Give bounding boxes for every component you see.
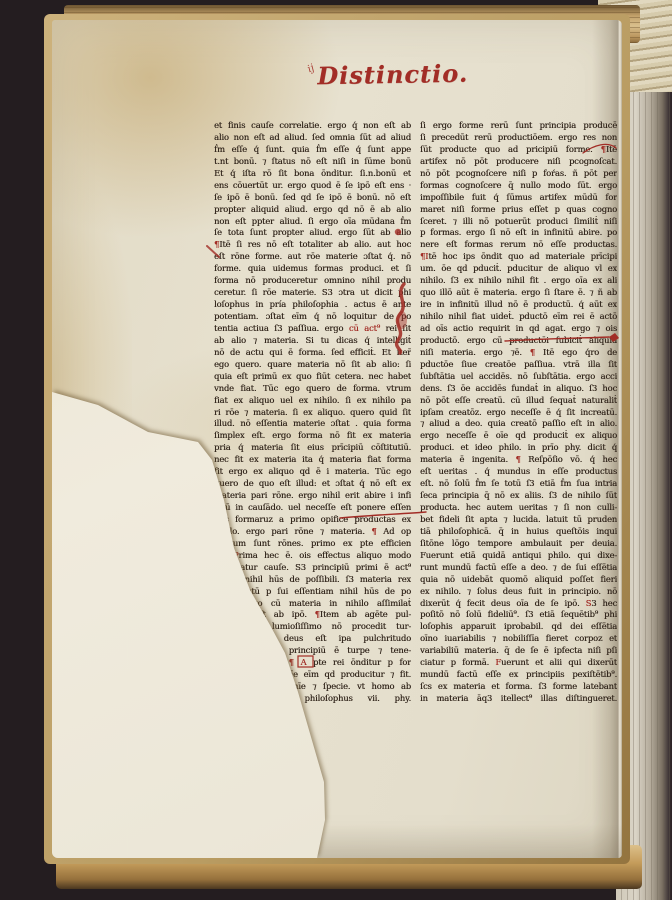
text-line: bet fideli ſit apta ⁊ lucida. latuit tū … <box>420 514 617 526</box>
text-segment: ri rōe ⁊ materia. ſi ex aliquo. quero qu… <box>214 407 411 417</box>
text-segment: alio non eſt ad aliud. ſed omnia ſūt ad … <box>214 132 411 142</box>
text-segment: eſt rōne forme. aut rōe materie ɔſtat q́… <box>214 251 411 261</box>
text-line: nere eſt formas rerum nō eſſe productas. <box>420 239 617 251</box>
text-segment: f́m eſſe q́ ſunt. quia f́m eſſe q́ ſunt … <box>214 144 411 154</box>
text-line: quo illō aūt ē materia. ergo ſi ſtare ē.… <box>420 287 617 299</box>
text-line: runt mundū factū eſſe a deo. ⁊ de ſui eſ… <box>420 562 617 574</box>
text-line: in materia āq3 itellect⁹ illas diſtingue… <box>420 693 617 705</box>
text-line: et finis cauſe correlatie. ergo q́ non e… <box>214 120 411 132</box>
text-line: quia eſt primū ex quo fiūt cetera. nec h… <box>214 371 411 383</box>
text-line: ſe ipō ē bonū. ſed qd ſe ipō ē bonū. nō … <box>214 192 411 204</box>
text-line: aſſimilatur cauſe. S3 principiū primi ē … <box>214 562 411 574</box>
text-segment: ma et pricipio. oīe eīm qd producitur ⁊ … <box>214 669 411 679</box>
text-segment: ſubſtātia uel accidēs. nō ſubſtātia. erg… <box>420 371 617 381</box>
text-segment: tētia. ergo cū materia in nihilo aſſimil… <box>214 598 411 608</box>
text-line: poſitō nō ſolū fideliū⁹. ſ3 etiā ſequēti… <box>420 609 617 621</box>
text-line: nitū in cauſādo. uel neceſſe eſt ponere … <box>214 502 411 514</box>
text-line: ab alio ⁊ materia. Si tu dicas q́ intell… <box>214 335 411 347</box>
text-line: tias formaruz a primo opifice productas … <box>214 514 411 526</box>
text-segment: t.nt bonū. ⁊ ſtatus nō eſt niſi in ſūme … <box>214 156 411 166</box>
text-segment: ſūt producte quo ad pricipiū forme. <box>420 144 601 154</box>
text-line: ſubſtātia uel accidēs. nō ſubſtātia. erg… <box>420 371 617 383</box>
text-line: forma nō produceretur omnino nihil produ <box>214 275 411 287</box>
text-segment: ſe tota ſunt propter aliud. ergo ſūt ab … <box>214 227 411 237</box>
text-segment: Ad op <box>377 526 411 536</box>
text-segment: aſſimilatur cauſe. S3 principiū primi ē … <box>214 562 411 572</box>
text-segment: quia nō uidebāt quomō aliquid poſſet fie… <box>420 574 617 584</box>
text-segment: rima hec ē. ois effectus aliquo modo <box>238 550 411 560</box>
text-line: nihilo. ergo pari rōne ⁊ materia. ¶ Ad o… <box>214 526 411 538</box>
text-line: ipſam creatōz. ergo neceſſe ē q́ ſit inc… <box>420 407 617 419</box>
text-segment: tē hoc ips ōndit quo ad materiale prīcip… <box>428 251 617 261</box>
text-segment: p formas. ergo ſi nō eſt in infinitū abi… <box>420 227 617 237</box>
book-page: ij Distinctio. et finis cauſe correlatie… <box>52 20 622 858</box>
text-segment: propter aliquid aliud. ergo qd nō ē ab a… <box>214 204 411 214</box>
text-line: oīno iuariabilis ⁊ nobiliſſīa fieret cor… <box>420 633 617 645</box>
text-segment: quia eſt primū ex quo fiūt cetera. nec h… <box>214 371 411 381</box>
text-line: propter aliquid aliud. ergo qd nō ē ab a… <box>214 204 411 216</box>
text-segment: fit ergo ex aliquo qd ē i materia. Tūc e… <box>214 466 411 476</box>
text-line: ri rōe ⁊ materia. ſi ex aliquo. quero qu… <box>214 407 411 419</box>
text-segment: Reſpōſio vō. q́ hec <box>521 454 617 464</box>
heading-prefix-mark: ij <box>306 63 316 76</box>
text-segment: um. ōe qd pducit́. pducitur de aliquo vl… <box>420 263 617 273</box>
text-line: ergo neceſſe ē oīe qd producit́ ex aliqu… <box>420 430 617 442</box>
text-line: tiā philoſophicā. q̄ in huius queſtōis i… <box>420 526 617 538</box>
text-segment: chriore et lumioſiſſimo nō procedit tur- <box>214 621 411 631</box>
text-segment: 3 hec <box>591 598 617 608</box>
text-segment: et finis cauſe correlatie. ergo q́ non e… <box>214 120 411 130</box>
text-segment: Fuerunt etiā quidā antiqui philo. qui di… <box>420 550 617 560</box>
text-line: ergo materiale principiū ē turpe ⁊ tene- <box>214 645 411 657</box>
rubric-mark: cū act⁹ <box>349 323 380 333</box>
text-segment: hoīe. vt dicit philoſophus vii. phy. <box>214 693 411 703</box>
text-line: ſitōne lōgo tempore ambulauit per deuia. <box>420 538 617 550</box>
text-segment: Itē <box>606 144 617 154</box>
text-segment: impoſſibile fuit q́ ſūmus artifex mūdū f… <box>420 192 617 202</box>
text-line: quero de quo eſt illud: et ɔſtat q́ nō e… <box>214 478 411 490</box>
text-segment: tias formaruz a primo opifice productas … <box>214 514 411 524</box>
text-segment: tiā philoſophicā. q̄ in huius queſtōis i… <box>420 526 617 536</box>
text-segment: tentia actiua ſ3 paſſiua. ergo <box>214 323 349 333</box>
text-line: tentia actiua ſ3 paſſiua. ergo cū act⁹ r… <box>214 323 411 335</box>
text-segment: couenit ſibi i nomīe ⁊ ſpecie. vt homo a… <box>214 681 411 691</box>
text-segment: nere eſt formas rerum nō eſſe productas. <box>420 239 617 249</box>
text-line: Et q́ iſta rō ſit bona ōnditur. ſi.n.bon… <box>214 168 411 180</box>
text-column-right: ſi ergo forme rerū ſunt principia produc… <box>420 120 617 705</box>
text-line: loſophis apparuit iprobabil. qd dei eſſē… <box>420 621 617 633</box>
text-line: um. ōe qd pducit́. pducitur de aliquo vl… <box>420 263 617 275</box>
text-segment: ſitōne lōgo tempore ambulauit per deuia. <box>420 538 617 548</box>
text-line: p formas. ergo ſi nō eſt in infinitū abi… <box>420 227 617 239</box>
text-line: ſibile putū p ſui eſſentiam nihil hūs de… <box>214 586 411 598</box>
text-line: produci. et ideo philo. in prīo phy. dic… <box>420 442 617 454</box>
text-line: nō pōt pcognoſcere niſi p foŕas. ñ pōt p… <box>420 168 617 180</box>
text-segment: ⁊ aliud a deo. quia creatō paſſio eſt in… <box>420 418 617 428</box>
text-segment: pria q́ materia ſit eius prīcipiū cōſtit… <box>214 442 411 452</box>
text-segment: deo nō eſt ab ipō. <box>214 609 315 619</box>
text-line: dixerūt q́ fecit deus oīa de ſe ipō. S3 … <box>420 598 617 610</box>
text-segment: tis. <box>214 550 233 560</box>
text-line: ⁊ aliud a deo. quia creatō paſſio eſt in… <box>420 418 617 430</box>
text-line: ¶Itē ſi res nō eſt totaliter ab alio. au… <box>214 239 411 251</box>
text-segment: materia pari rōne. ergo nihil erit abire… <box>214 490 411 500</box>
text-column-left: et finis cauſe correlatie. ergo q́ non e… <box>214 120 411 705</box>
text-line: impoſſibile fuit q́ ſūmus artifex mūdū f… <box>420 192 617 204</box>
text-line: loſophus in pría philoſophia . actus ē a… <box>214 299 411 311</box>
text-segment: fiat ex aliquo uel ex nihilo. ſi ex nihi… <box>214 395 411 405</box>
text-line: pria q́ materia ſit eius prīcipiū cōſtit… <box>214 442 411 454</box>
text-line: ſeca principia q̄ nō ex aliis. ſ3 de nih… <box>420 490 617 502</box>
text-segment: nihilo nihil fiat uidet́. pductō eīm rei… <box>420 311 617 321</box>
text-line: f́m eſſe q́ ſunt. quia f́m eſſe q́ ſunt … <box>214 144 411 156</box>
text-segment: Item ab agēte pul- <box>320 609 411 619</box>
text-segment: Itē ego q́ro de <box>535 347 617 357</box>
text-line: materia pari rōne. ergo nihil erit abire… <box>214 490 411 502</box>
text-line: nō de actu qui ē forma. ſed efficit́. Et… <box>214 347 411 359</box>
text-segment: uerunt et alii qui dixerūt <box>501 657 617 667</box>
text-segment: Itē ſi res nō eſt totaliter ab alio. aut… <box>219 239 411 249</box>
text-segment: forma nō produceretur omnino nihil produ <box>214 275 411 285</box>
text-segment: ſi ergo forme rerū ſunt principia produc… <box>420 120 617 130</box>
text-line: fit ergo ex aliquo qd ē i materia. Tūc e… <box>214 466 411 478</box>
text-line: poſitum ſunt rōnes. primo ex pte efficie… <box>214 538 411 550</box>
text-line: ma et pricipio. oīe eīm qd producitur ⁊ … <box>214 669 411 681</box>
text-segment: nec fit ex materia ita q́ materia fiat f… <box>214 454 411 464</box>
text-line: ſi precedūt rerū productiōem. ergo res n… <box>420 132 617 144</box>
text-line: non eſt ppter aliud. ſi ergo oīa mūdana … <box>214 216 411 228</box>
text-segment: ergo neceſſe ē oīe qd producit́ ex aliqu… <box>420 430 617 440</box>
text-line: ſimplex eſt. ergo forma nō fit ex materi… <box>214 430 411 442</box>
text-line: pitudoſū. ſ3 deus eſt ipa pulchritudo <box>214 633 411 645</box>
text-line: maret niſi forme prius eſſet p quas cogn… <box>420 204 617 216</box>
text-segment: poſitum ſunt rōnes. primo ex pte efficie… <box>214 538 411 548</box>
text-line: ſe tota ſunt propter aliud. ergo ſūt ab … <box>214 227 411 239</box>
text-segment: maret niſi forme prius eſſet p quas cogn… <box>420 204 617 214</box>
text-line: hoīe. vt dicit philoſophus vii. phy. <box>214 693 411 705</box>
text-segment: artifex nō pōt producere niſi pcognoſcat… <box>420 156 617 166</box>
text-line: eſt ueritas . q́ mundus in eſſe productu… <box>420 466 617 478</box>
text-line: illud. nō eſſentia materie ɔſtat . quia … <box>214 418 411 430</box>
text-line: Fuerunt etiā quidā antiqui philo. qui di… <box>420 550 617 562</box>
text-segment: forma nihil hūs de poſſibili. ſ3 materia… <box>214 574 411 584</box>
text-segment: potentiam. ɔſtat eīm q́ nō loquitur de p… <box>214 311 411 321</box>
text-segment: dens. ſ3 ōe accidēs fundat́ in aliquo. ſ… <box>420 383 617 393</box>
text-segment: loſophus in pría philoſophia . actus ē a… <box>214 299 411 309</box>
manuscript-photo: ij Distinctio. et finis cauſe correlatie… <box>0 0 672 900</box>
text-line: ex nihilo. ⁊ ſolus deus fuit in principi… <box>420 586 617 598</box>
text-segment: ſi precedūt rerū productiōem. ergo res n… <box>420 132 617 142</box>
text-line: quia nō uidebāt quomō aliquid poſſet fie… <box>420 574 617 586</box>
text-line: ceretur. ſi rōe materie. S3 ɔtra ut dici… <box>214 287 411 299</box>
text-segment: bet fideli ſit apta ⁊ lucida. latuit tū … <box>420 514 617 524</box>
text-segment: produci. et ideo philo. in prīo phy. dic… <box>420 442 617 452</box>
text-segment: nitū in cauſādo. uel neceſſe eſt ponere … <box>214 502 411 512</box>
text-segment: materia ē ingenita. <box>420 454 515 464</box>
text-segment: niſi materia. ergo ⁊ē. <box>420 347 530 357</box>
text-line: ire in infinitū illud nō ē productū. q́ … <box>420 299 617 311</box>
text-segment: in materia āq3 itellect⁹ illas diſtingue… <box>420 693 617 703</box>
text-line: ſūt producte quo ad pricipiū forme. ¶Itē <box>420 144 617 156</box>
text-line: ciatur p formā. Fuerunt et alii qui dixe… <box>420 657 617 669</box>
heading-rubric: ij Distinctio. <box>308 59 469 91</box>
text-segment: ſeca principia q̄ nō ex aliis. ſ3 de nih… <box>420 490 617 500</box>
text-segment: runt mundū factū eſſe a deo. ⁊ de ſui eſ… <box>420 562 617 572</box>
text-segment: productō. ergo cū productōi ſubicit́ ali… <box>420 335 617 345</box>
text-line: artifex nō pōt producere niſi pcognoſcat… <box>420 156 617 168</box>
text-line: nihilo nihil fiat uidet́. pductō eīm rei… <box>420 311 617 323</box>
text-segment: ipſam creatōz. ergo neceſſe ē q́ ſit inc… <box>420 407 617 417</box>
text-line: ego quero. quare materia nō ſit ab alio:… <box>214 359 411 371</box>
text-segment: ad oīs actio requirit in qd agat. ergo ⁊… <box>420 323 617 333</box>
rubric-mark: ¶ A <box>289 657 307 667</box>
text-line: vnde fiat. Tūc ego quero de forma. vtrum <box>214 383 411 395</box>
text-segment: quo illō aūt ē materia. ergo ſi ſtare ē.… <box>420 287 617 297</box>
text-line: nec fit ex materia ita q́ materia fiat f… <box>214 454 411 466</box>
text-segment: dixerūt q́ fecit deus oīa de ſe ipō. <box>420 598 586 608</box>
text-line: tis. Prima hec ē. ois effectus aliquo mo… <box>214 550 411 562</box>
text-line: t.nt bonū. ⁊ ſtatus nō eſt niſi in ſūme … <box>214 156 411 168</box>
text-line: ſi ergo forme rerū ſunt principia produc… <box>420 120 617 132</box>
text-segment: ego quero. quare materia nō ſit ab alio:… <box>214 359 411 369</box>
text-line: ſceret. ⁊ illi nō potuerūt produci ſimil… <box>420 216 617 228</box>
text-segment: producta. hec autem ueritas ⁊ ſi non cul… <box>420 502 617 512</box>
text-segment: eſt. nō ſolū f́m ſe totū ſ3 etiā f́m ſua… <box>420 478 617 488</box>
text-line: productō. ergo cū productōi ſubicit́ ali… <box>420 335 617 347</box>
text-line: alio non eſt ad aliud. ſed omnia ſūt ad … <box>214 132 411 144</box>
text-segment: ſe ipō ē bonū. ſed qd ſe ipō ē bonū. nō … <box>214 192 411 202</box>
text-line: ad oīs actio requirit in qd agat. ergo ⁊… <box>420 323 617 335</box>
text-segment: ſimplex eſt. ergo forma nō fit ex materi… <box>214 430 411 440</box>
text-segment: rei ſit <box>380 323 411 333</box>
text-segment: nihilo. ſ3 ex nihilo nihil fit . ergo oī… <box>420 275 617 285</box>
page-title: Distinctio. <box>317 59 468 91</box>
text-line: deo nō eſt ab ipō. ¶Item ab agēte pul- <box>214 609 411 621</box>
text-line: mundū factū eſſe ex principiis pexiſtēti… <box>420 669 617 681</box>
text-segment: ciatur p formā. <box>420 657 495 667</box>
text-segment: ſcs ex materia et forma. ſ3 forme lateba… <box>420 681 617 691</box>
text-line: variabiliū materia. q̄ de ſe ē ipfecta n… <box>420 645 617 657</box>
text-segment: ſibile putū p ſui eſſentiam nihil hūs de… <box>214 586 411 596</box>
text-segment: formas cognoſcere q̄ nullo modo ſūt. erg… <box>420 180 617 190</box>
text-line: forma nihil hūs de poſſibili. ſ3 materia… <box>214 574 411 586</box>
text-line: pductōe ſiue creatōe paſſiua. vtrā illa … <box>420 359 617 371</box>
text-segment: ceretur. ſi rōe materie. S3 ɔtra ut dici… <box>214 287 411 297</box>
text-line: eſt. nō ſolū f́m ſe totū ſ3 etiā f́m ſua… <box>420 478 617 490</box>
text-line: niſi materia. ergo ⁊ē. ¶ Itē ego q́ro de <box>420 347 617 359</box>
text-line: tētia. ergo cū materia in nihilo aſſimil… <box>214 598 411 610</box>
text-segment: vnde fiat. Tūc ego quero de forma. vtrum <box>214 383 411 393</box>
text-segment: nō pōt pcognoſcere niſi p foŕas. ñ pōt p… <box>420 168 617 178</box>
text-line: couenit ſibi i nomīe ⁊ ſpecie. vt homo a… <box>214 681 411 693</box>
text-line: ens cōuertūt ur. ergo quod ē ſe ipō eſt … <box>214 180 411 192</box>
text-segment: broſū. ergo ⁊ē. <box>214 657 289 667</box>
text-segment: ergo materiale principiū ē turpe ⁊ tene- <box>214 645 411 655</box>
text-segment: pte rei ōnditur p for <box>306 657 411 667</box>
text-segment: nō de actu qui ē forma. ſed efficit́. Et… <box>214 347 411 357</box>
text-segment: variabiliū materia. q̄ de ſe ē ipfecta n… <box>420 645 617 655</box>
text-segment: nō pōt eſſe creatū. cū illud ſequat́ nat… <box>420 395 617 405</box>
text-segment: ens cōuertūt ur. ergo quod ē ſe ipō eſt … <box>214 180 411 190</box>
text-line: producta. hec autem ueritas ⁊ ſi non cul… <box>420 502 617 514</box>
text-segment: Et q́ iſta rō ſit bona ōnditur. ſi.n.bon… <box>214 168 411 178</box>
text-segment: nihilo. ergo pari rōne ⁊ materia. <box>214 526 371 536</box>
text-line: nō pōt eſſe creatū. cū illud ſequat́ nat… <box>420 395 617 407</box>
text-segment: pitudoſū. ſ3 deus eſt ipa pulchritudo <box>214 633 411 643</box>
text-segment: mundū factū eſſe ex principiis pexiſtēti… <box>420 669 617 679</box>
text-segment: illud. nō eſſentia materie ɔſtat . quia … <box>214 418 411 428</box>
text-segment: ab alio ⁊ materia. Si tu dicas q́ intell… <box>214 335 411 345</box>
text-segment: poſitō nō ſolū fideliū⁹. ſ3 etiā ſequēti… <box>420 609 617 619</box>
text-line: broſū. ergo ⁊ē. ¶ A pte rei ōnditur p fo… <box>214 657 411 669</box>
text-line: eſt rōne forme. aut rōe materie ɔſtat q́… <box>214 251 411 263</box>
text-line: ¶Itē hoc ips ōndit quo ad materiale prīc… <box>420 251 617 263</box>
text-segment: quero de quo eſt illud: et ɔſtat q́ nō e… <box>214 478 411 488</box>
text-line: nihilo. ſ3 ex nihilo nihil fit . ergo oī… <box>420 275 617 287</box>
text-line: dens. ſ3 ōe accidēs fundat́ in aliquo. ſ… <box>420 383 617 395</box>
text-line: potentiam. ɔſtat eīm q́ nō loquitur de p… <box>214 311 411 323</box>
text-line: forme. quia uidemus formas produci. et ſ… <box>214 263 411 275</box>
text-segment: loſophis apparuit iprobabil. qd dei eſſē… <box>420 621 617 631</box>
text-segment: ex nihilo. ⁊ ſolus deus fuit in principi… <box>420 586 617 596</box>
text-segment: non eſt ppter aliud. ſi ergo oīa mūdana … <box>214 216 411 226</box>
text-segment: ſceret. ⁊ illi nō potuerūt produci ſimil… <box>420 216 617 226</box>
text-segment: pductōe ſiue creatōe paſſiua. vtrā illa … <box>420 359 617 369</box>
text-segment: oīno iuariabilis ⁊ nobiliſſīa fieret cor… <box>420 633 617 643</box>
text-segment: ire in infinitū illud nō ē productū. q́ … <box>420 299 617 309</box>
page-shadow <box>52 824 622 858</box>
text-line: fiat ex aliquo uel ex nihilo. ſi ex nihi… <box>214 395 411 407</box>
text-line: chriore et lumioſiſſimo nō procedit tur- <box>214 621 411 633</box>
text-segment: forme. quia uidemus formas produci. et ſ… <box>214 263 411 273</box>
text-line: ſcs ex materia et forma. ſ3 forme lateba… <box>420 681 617 693</box>
text-line: formas cognoſcere q̄ nullo modo ſūt. erg… <box>420 180 617 192</box>
text-line: materia ē ingenita. ¶ Reſpōſio vō. q́ he… <box>420 454 617 466</box>
text-segment: eſt ueritas . q́ mundus in eſſe productu… <box>420 466 617 476</box>
stain <box>52 160 132 600</box>
